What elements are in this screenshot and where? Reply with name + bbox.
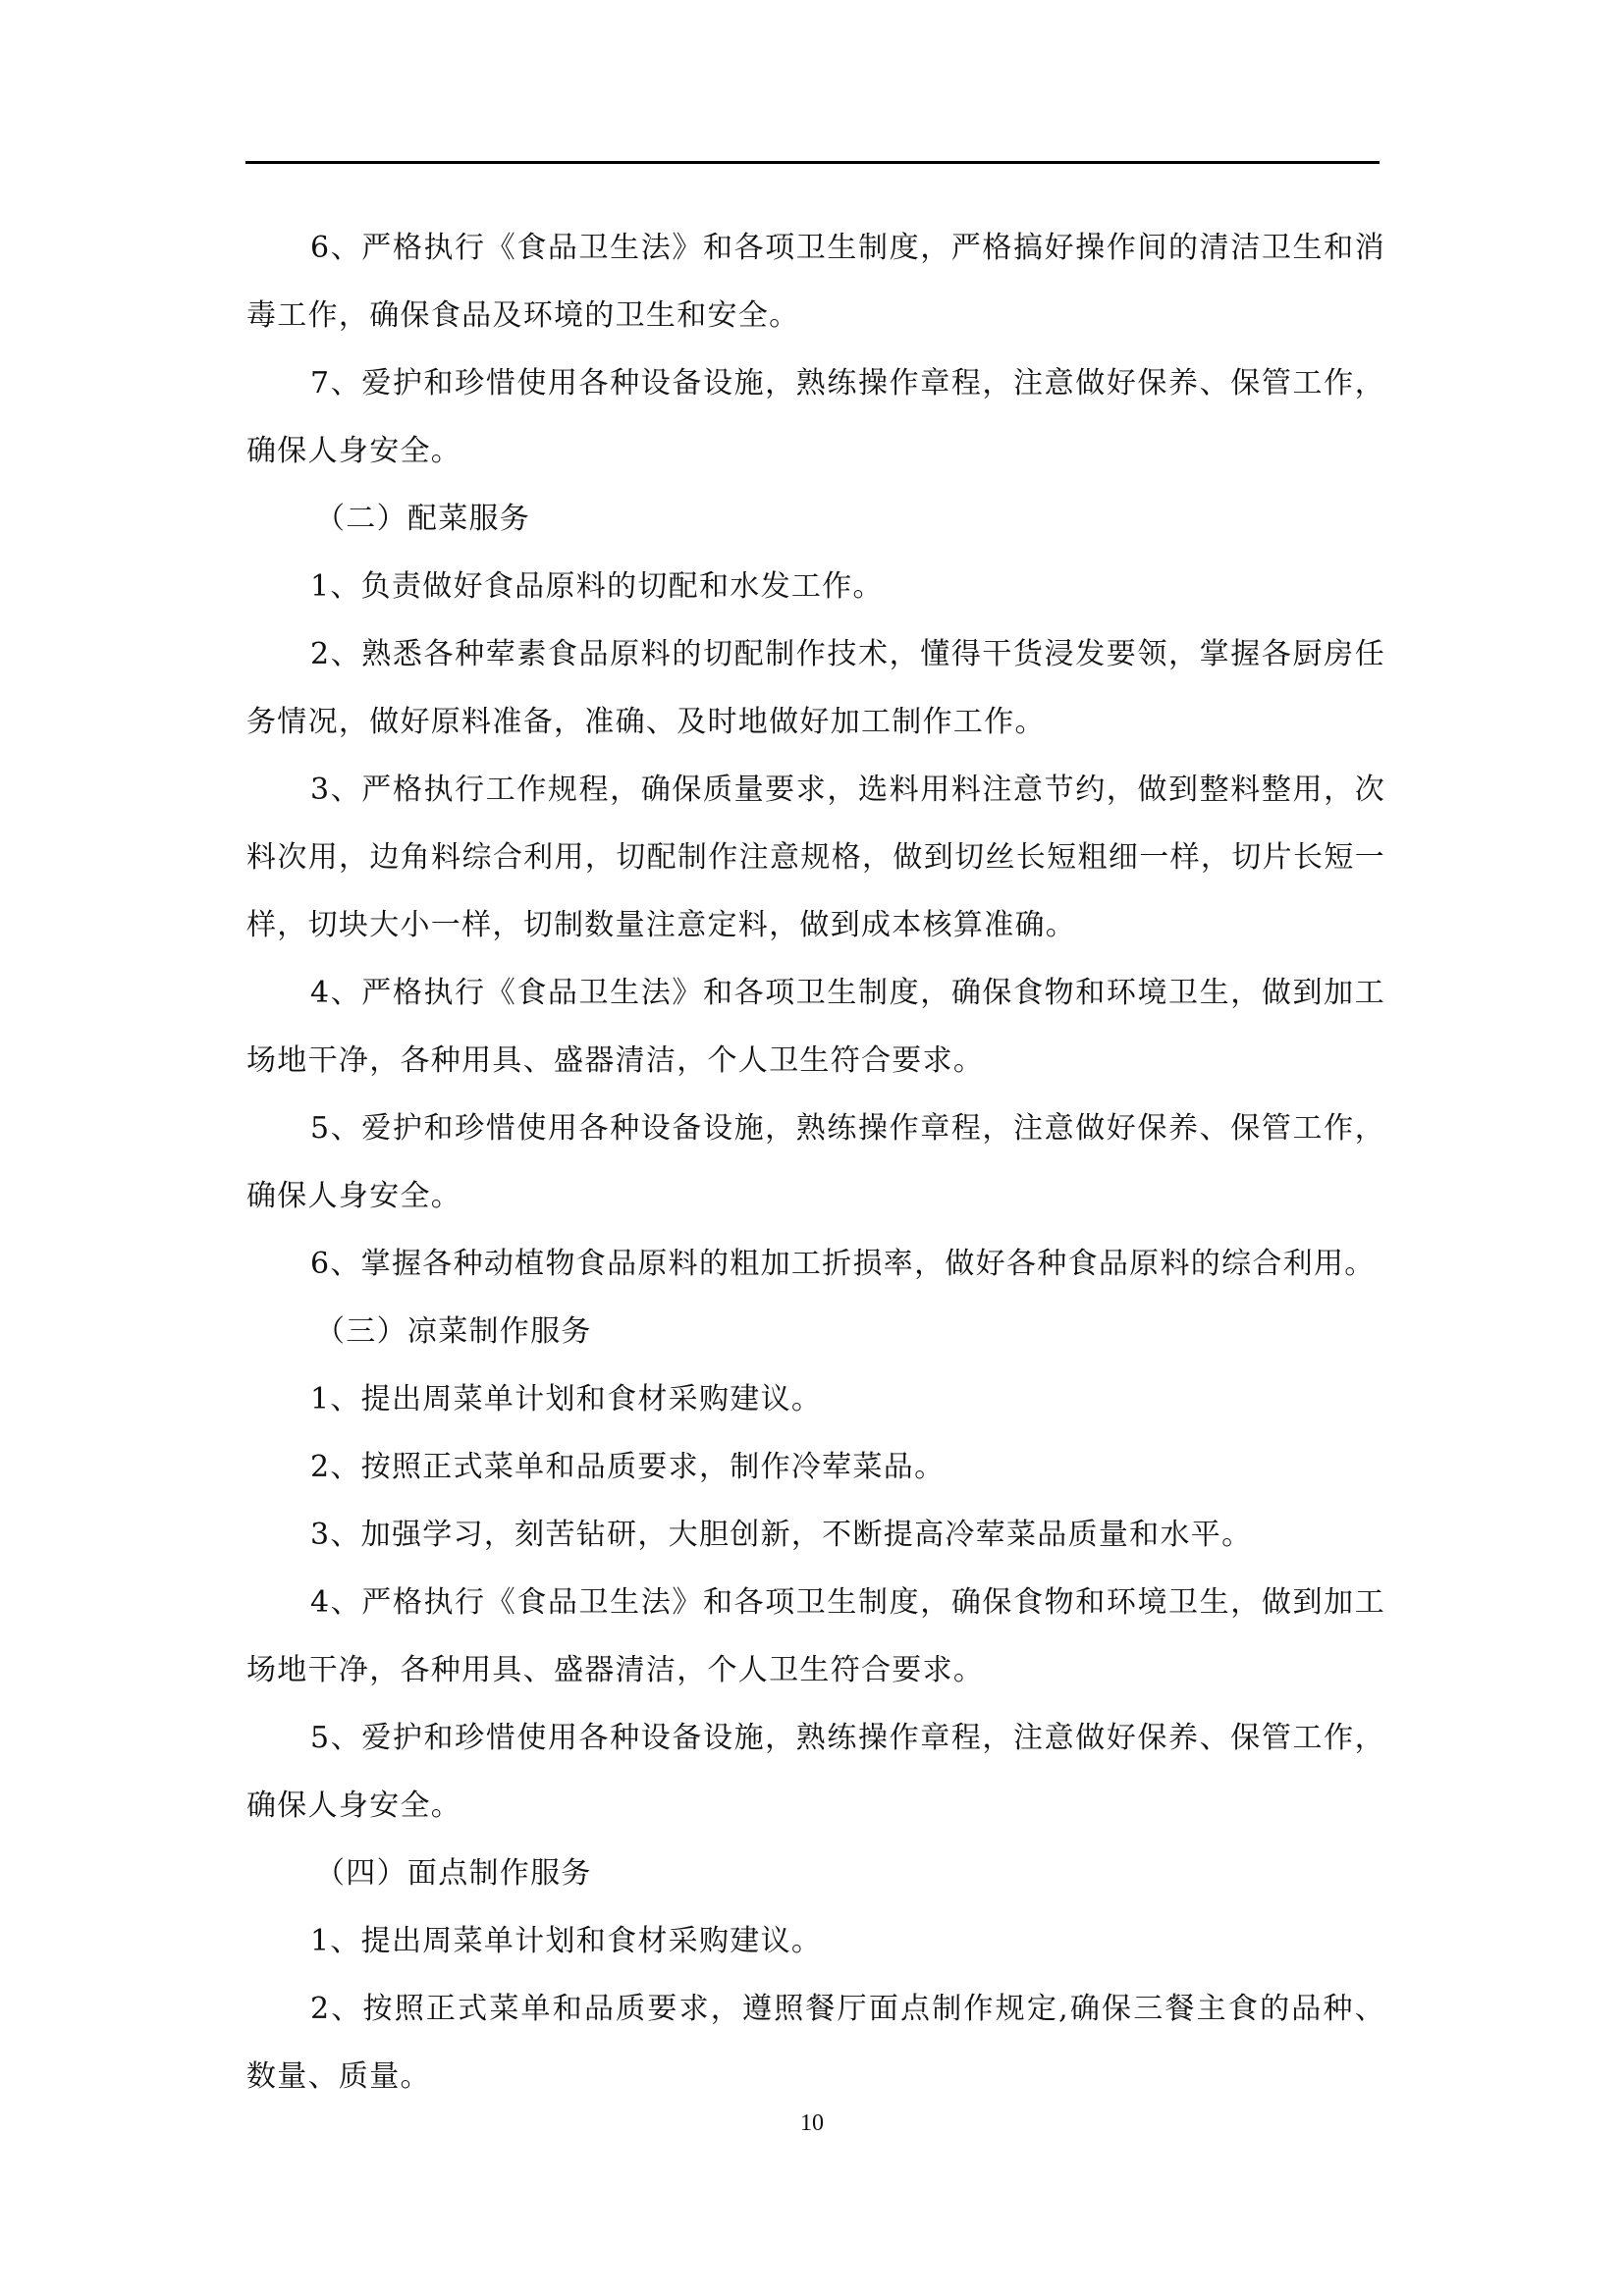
paragraph-item-5: 5、爱护和珍惜使用各种设备设施，熟练操作章程，注意做好保养、保管工作，确保人身安… bbox=[246, 1095, 1385, 1230]
section-heading-pastry: （四）面点制作服务 bbox=[246, 1840, 1385, 1907]
document-body: 6、严格执行《食品卫生法》和各项卫生制度，严格搞好操作间的清洁卫生和消毒工作，确… bbox=[246, 214, 1385, 2110]
header-rule bbox=[245, 161, 1380, 164]
paragraph-item-3: 3、严格执行工作规程，确保质量要求，选料用料注意节约，做到整料整用，次料次用，边… bbox=[246, 756, 1385, 959]
paragraph-item-1: 1、负责做好食品原料的切配和水发工作。 bbox=[246, 553, 1385, 620]
page-number: 10 bbox=[0, 2110, 1624, 2137]
paragraph-item-1: 1、提出周菜单计划和食材采购建议。 bbox=[246, 1907, 1385, 1975]
paragraph-item-6-hygiene: 6、严格执行《食品卫生法》和各项卫生制度，严格搞好操作间的清洁卫生和消毒工作，确… bbox=[246, 214, 1385, 349]
section-heading-cold-dishes: （三）凉菜制作服务 bbox=[246, 1298, 1385, 1365]
paragraph-item-2: 2、按照正式菜单和品质要求，遵照餐厅面点制作规定,确保三餐主食的品种、数量、质量… bbox=[246, 1975, 1385, 2110]
paragraph-item-6: 6、掌握各种动植物食品原料的粗加工折损率，做好各种食品原料的综合利用。 bbox=[246, 1230, 1385, 1298]
paragraph-item-1: 1、提出周菜单计划和食材采购建议。 bbox=[246, 1365, 1385, 1433]
paragraph-item-4: 4、严格执行《食品卫生法》和各项卫生制度，确保食物和环境卫生，做到加工场地干净，… bbox=[246, 1569, 1385, 1704]
paragraph-item-4: 4、严格执行《食品卫生法》和各项卫生制度，确保食物和环境卫生，做到加工场地干净，… bbox=[246, 959, 1385, 1095]
paragraph-item-5: 5、爱护和珍惜使用各种设备设施，熟练操作章程，注意做好保养、保管工作，确保人身安… bbox=[246, 1704, 1385, 1840]
paragraph-item-3: 3、加强学习，刻苦钻研，大胆创新，不断提高冷荤菜品质量和水平。 bbox=[246, 1501, 1385, 1569]
paragraph-item-2: 2、按照正式菜单和品质要求，制作冷荤菜品。 bbox=[246, 1433, 1385, 1501]
paragraph-item-7-equipment: 7、爱护和珍惜使用各种设备设施，熟练操作章程，注意做好保养、保管工作，确保人身安… bbox=[246, 349, 1385, 485]
paragraph-item-2: 2、熟悉各种荤素食品原料的切配制作技术，懂得干货浸发要领，掌握各厨房任务情况，做… bbox=[246, 620, 1385, 756]
section-heading-side-dish-prep: （二）配菜服务 bbox=[246, 485, 1385, 553]
